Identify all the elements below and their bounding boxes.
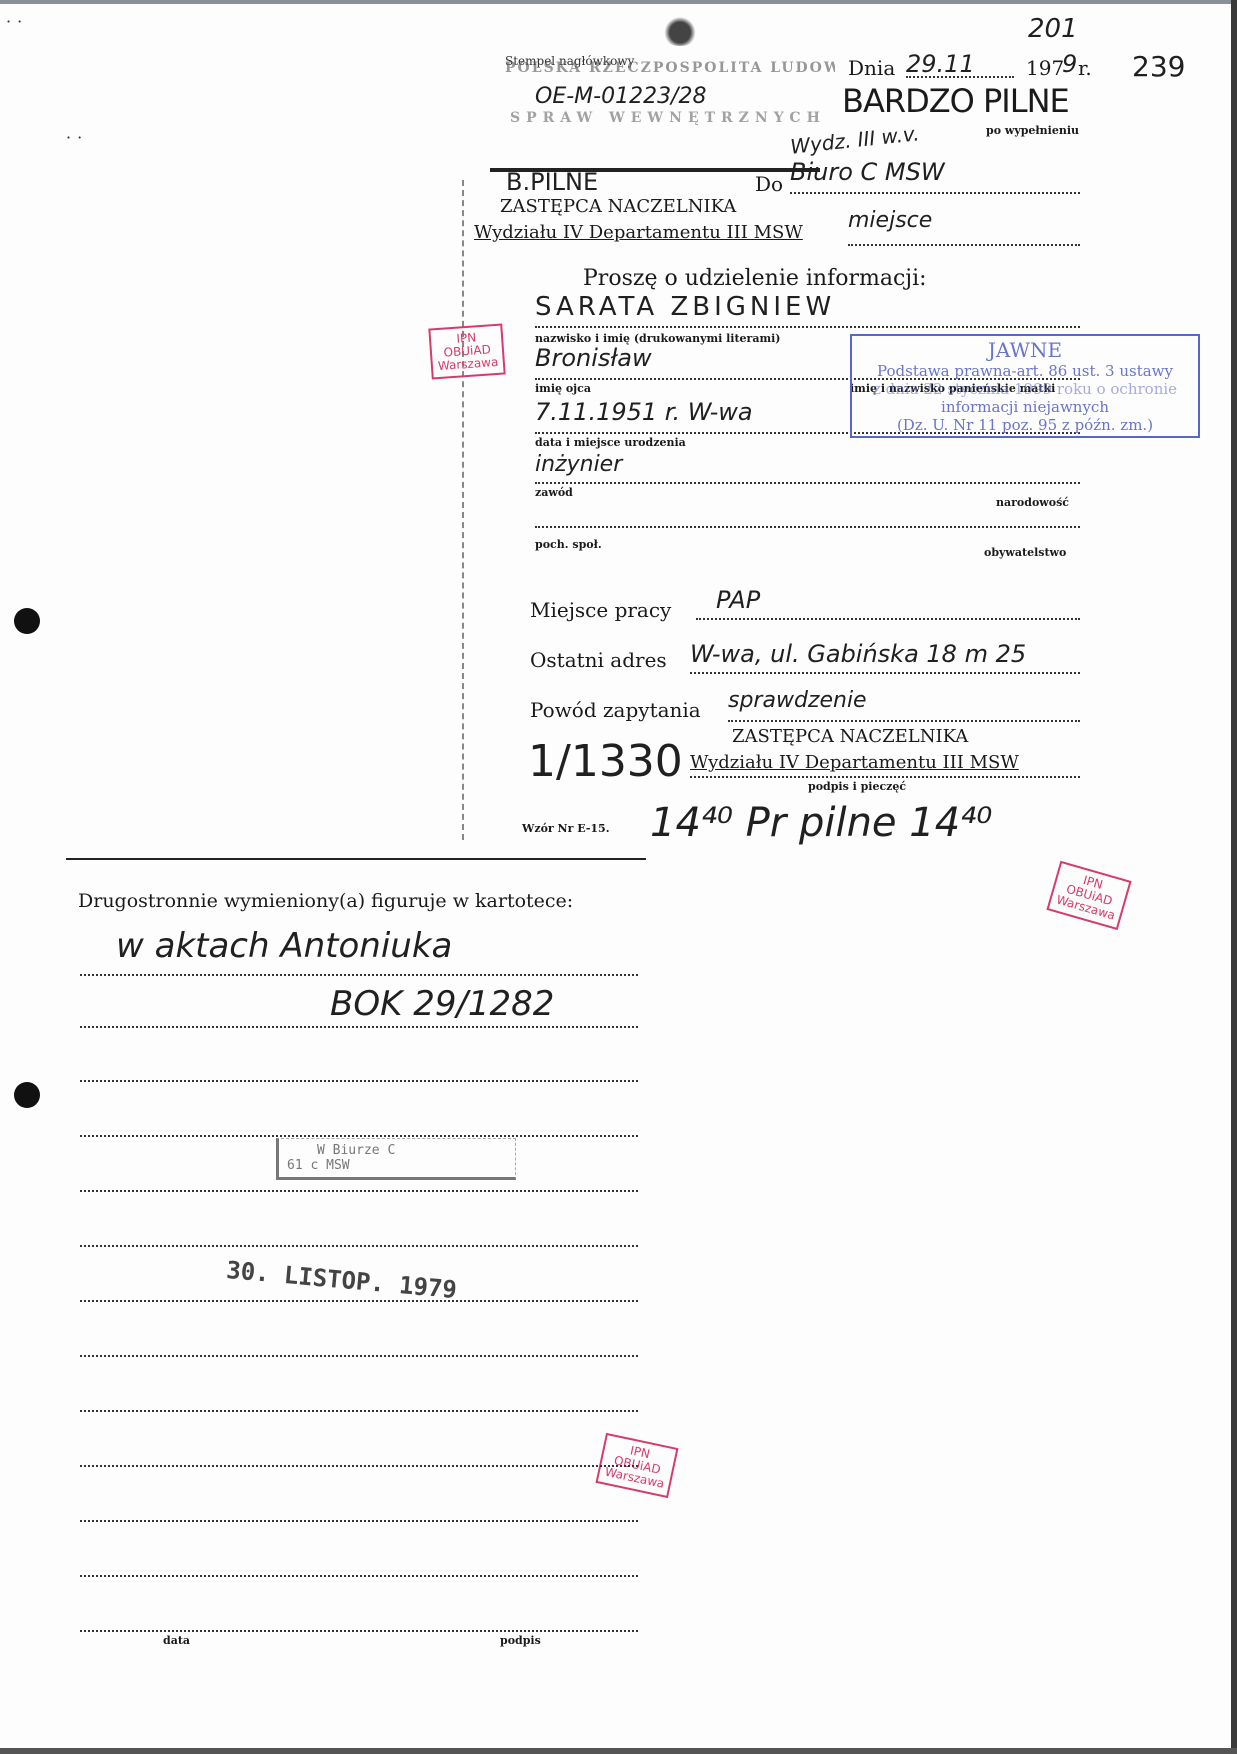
ipn-stamp: IPN OBUiAD Warszawa (1046, 861, 1132, 931)
to-value: Biuro C MSW (790, 158, 1080, 194)
jawne-stamp-line2: z dnia 22 stycznia 1999 roku o ochronie (856, 380, 1194, 398)
ipn-stamp: IPN OBUiAD Warszawa (428, 323, 506, 379)
punch-hole-top (14, 608, 40, 634)
header-stamp-line1: POLSKA RZECZPOSPOLITA LUDOWA (505, 60, 835, 76)
scan-right-edge (1231, 0, 1237, 1754)
after-fill-note: po wypełnieniu (986, 124, 1079, 137)
form-code: Wzór Nr E-15. (522, 822, 610, 835)
signature-label-footer: podpis (500, 1634, 541, 1647)
urgency-stamp: BARDZO PILNE (842, 82, 1069, 120)
faint-stamp-line1: W Biurze C (287, 1143, 507, 1158)
answer-line-9 (80, 1400, 638, 1412)
answer-line-13 (80, 1620, 638, 1632)
field-workplace-value: PAP (696, 586, 1080, 620)
answer-line-5 (80, 1180, 638, 1192)
field-address-label: Ostatni adres (530, 648, 667, 672)
b-pilne-note: B.PILNE (506, 168, 598, 196)
answer-line-2: BOK 29/1282 (80, 984, 638, 1028)
answer-title: Drugostronnie wymieniony(a) figuruje w k… (78, 890, 573, 912)
fold-line (462, 180, 464, 840)
jawne-stamp: JAWNE Podstawa prawna-art. 86 ust. 3 ust… (850, 334, 1200, 438)
faint-office-stamp: W Biurze C 61 c MSW (276, 1138, 516, 1180)
scan-top-edge (0, 0, 1237, 4)
reference-number: OE-M-01223/28 (535, 84, 706, 109)
answer-line-6 (80, 1235, 638, 1247)
punch-hole-bottom (14, 1082, 40, 1108)
date-year-unit: r. (1078, 56, 1092, 80)
field-citizenship-label: obywatelstwo (984, 546, 1066, 559)
date-label: Dnia (848, 56, 895, 80)
issuer-stamp-line1: ZASTĘPCA NACZELNIKA (500, 196, 736, 217)
header-stamp-line3: SPRAW WEWNĘTRZNYCH (510, 110, 826, 126)
answer-line-11 (80, 1510, 638, 1522)
to-label: Do (755, 172, 783, 196)
eagle-emblem-icon (660, 16, 700, 46)
field-nationality-label: narodowość (996, 496, 1069, 509)
signature-stamp-line1: ZASTĘPCA NACZELNIKA (732, 726, 968, 747)
date-year-prefix: 197 (1026, 56, 1064, 80)
field-reason-value: sprawdzenie (728, 688, 1080, 722)
field-social-origin-line (535, 516, 1080, 528)
jawne-stamp-title: JAWNE (856, 338, 1194, 362)
signature-stamp-line2: Wydziału IV Departamentu III MSW (690, 752, 1080, 778)
field-reason-label: Powód zapytania (530, 698, 701, 722)
speck-dots: ·· (66, 128, 88, 147)
answer-line-8 (80, 1345, 638, 1357)
field-workplace-label: Miejsce pracy (530, 598, 671, 622)
speck-dots: ·· (6, 12, 28, 31)
jawne-stamp-line1: Podstawa prawna-art. 86 ust. 3 ustawy (856, 362, 1194, 380)
page-number: 239 (1132, 50, 1185, 83)
answer-line-4 (80, 1125, 638, 1137)
field-profession-label: zawód (535, 486, 573, 499)
date-year-suffix: 9 (1062, 50, 1077, 78)
faint-stamp-line2: 61 c MSW (287, 1158, 507, 1173)
routing-note: Wydz. III w.v. (789, 121, 920, 158)
field-name-value: SARATA ZBIGNIEW (535, 292, 1080, 328)
field-social-origin-label: poch. społ. (535, 538, 602, 551)
signature-caption: podpis i pieczęć (808, 780, 906, 793)
answer-line-12 (80, 1565, 638, 1577)
request-title: Proszę o udzielenie informacji: (583, 266, 927, 291)
date-label-footer: data (163, 1634, 190, 1647)
answer-line-3 (80, 1070, 638, 1082)
field-birth-label: data i miejsce urodzenia (535, 436, 686, 449)
jawne-stamp-line3: informacji niejawnych (856, 398, 1194, 416)
issuer-stamp-line2: Wydziału IV Departamentu III MSW (474, 222, 803, 243)
to-value-2: miejsce (848, 208, 1080, 246)
date-value: 29.11 (906, 50, 1014, 78)
answer-line-10 (80, 1455, 638, 1467)
scan-bottom-edge (0, 1748, 1237, 1754)
ipn-stamp-line3: Warszawa (438, 356, 499, 373)
field-address-value: W-wa, ul. Gabińska 18 m 25 (690, 640, 1080, 674)
field-profession-value: inżynier (535, 452, 1080, 484)
archive-number-top: 201 (1028, 14, 1078, 44)
field-father-label: imię ojca (535, 382, 591, 395)
time-notes: 14⁴⁰ Pr pilne 14⁴⁰ (650, 800, 992, 846)
jawne-stamp-line4: (Dz. U. Nr 11 poz. 95 z późn. zm.) (856, 416, 1194, 434)
section-divider (66, 858, 646, 860)
answer-line-1: w aktach Antoniuka (80, 926, 638, 976)
case-number: 1/1330 (528, 736, 683, 787)
